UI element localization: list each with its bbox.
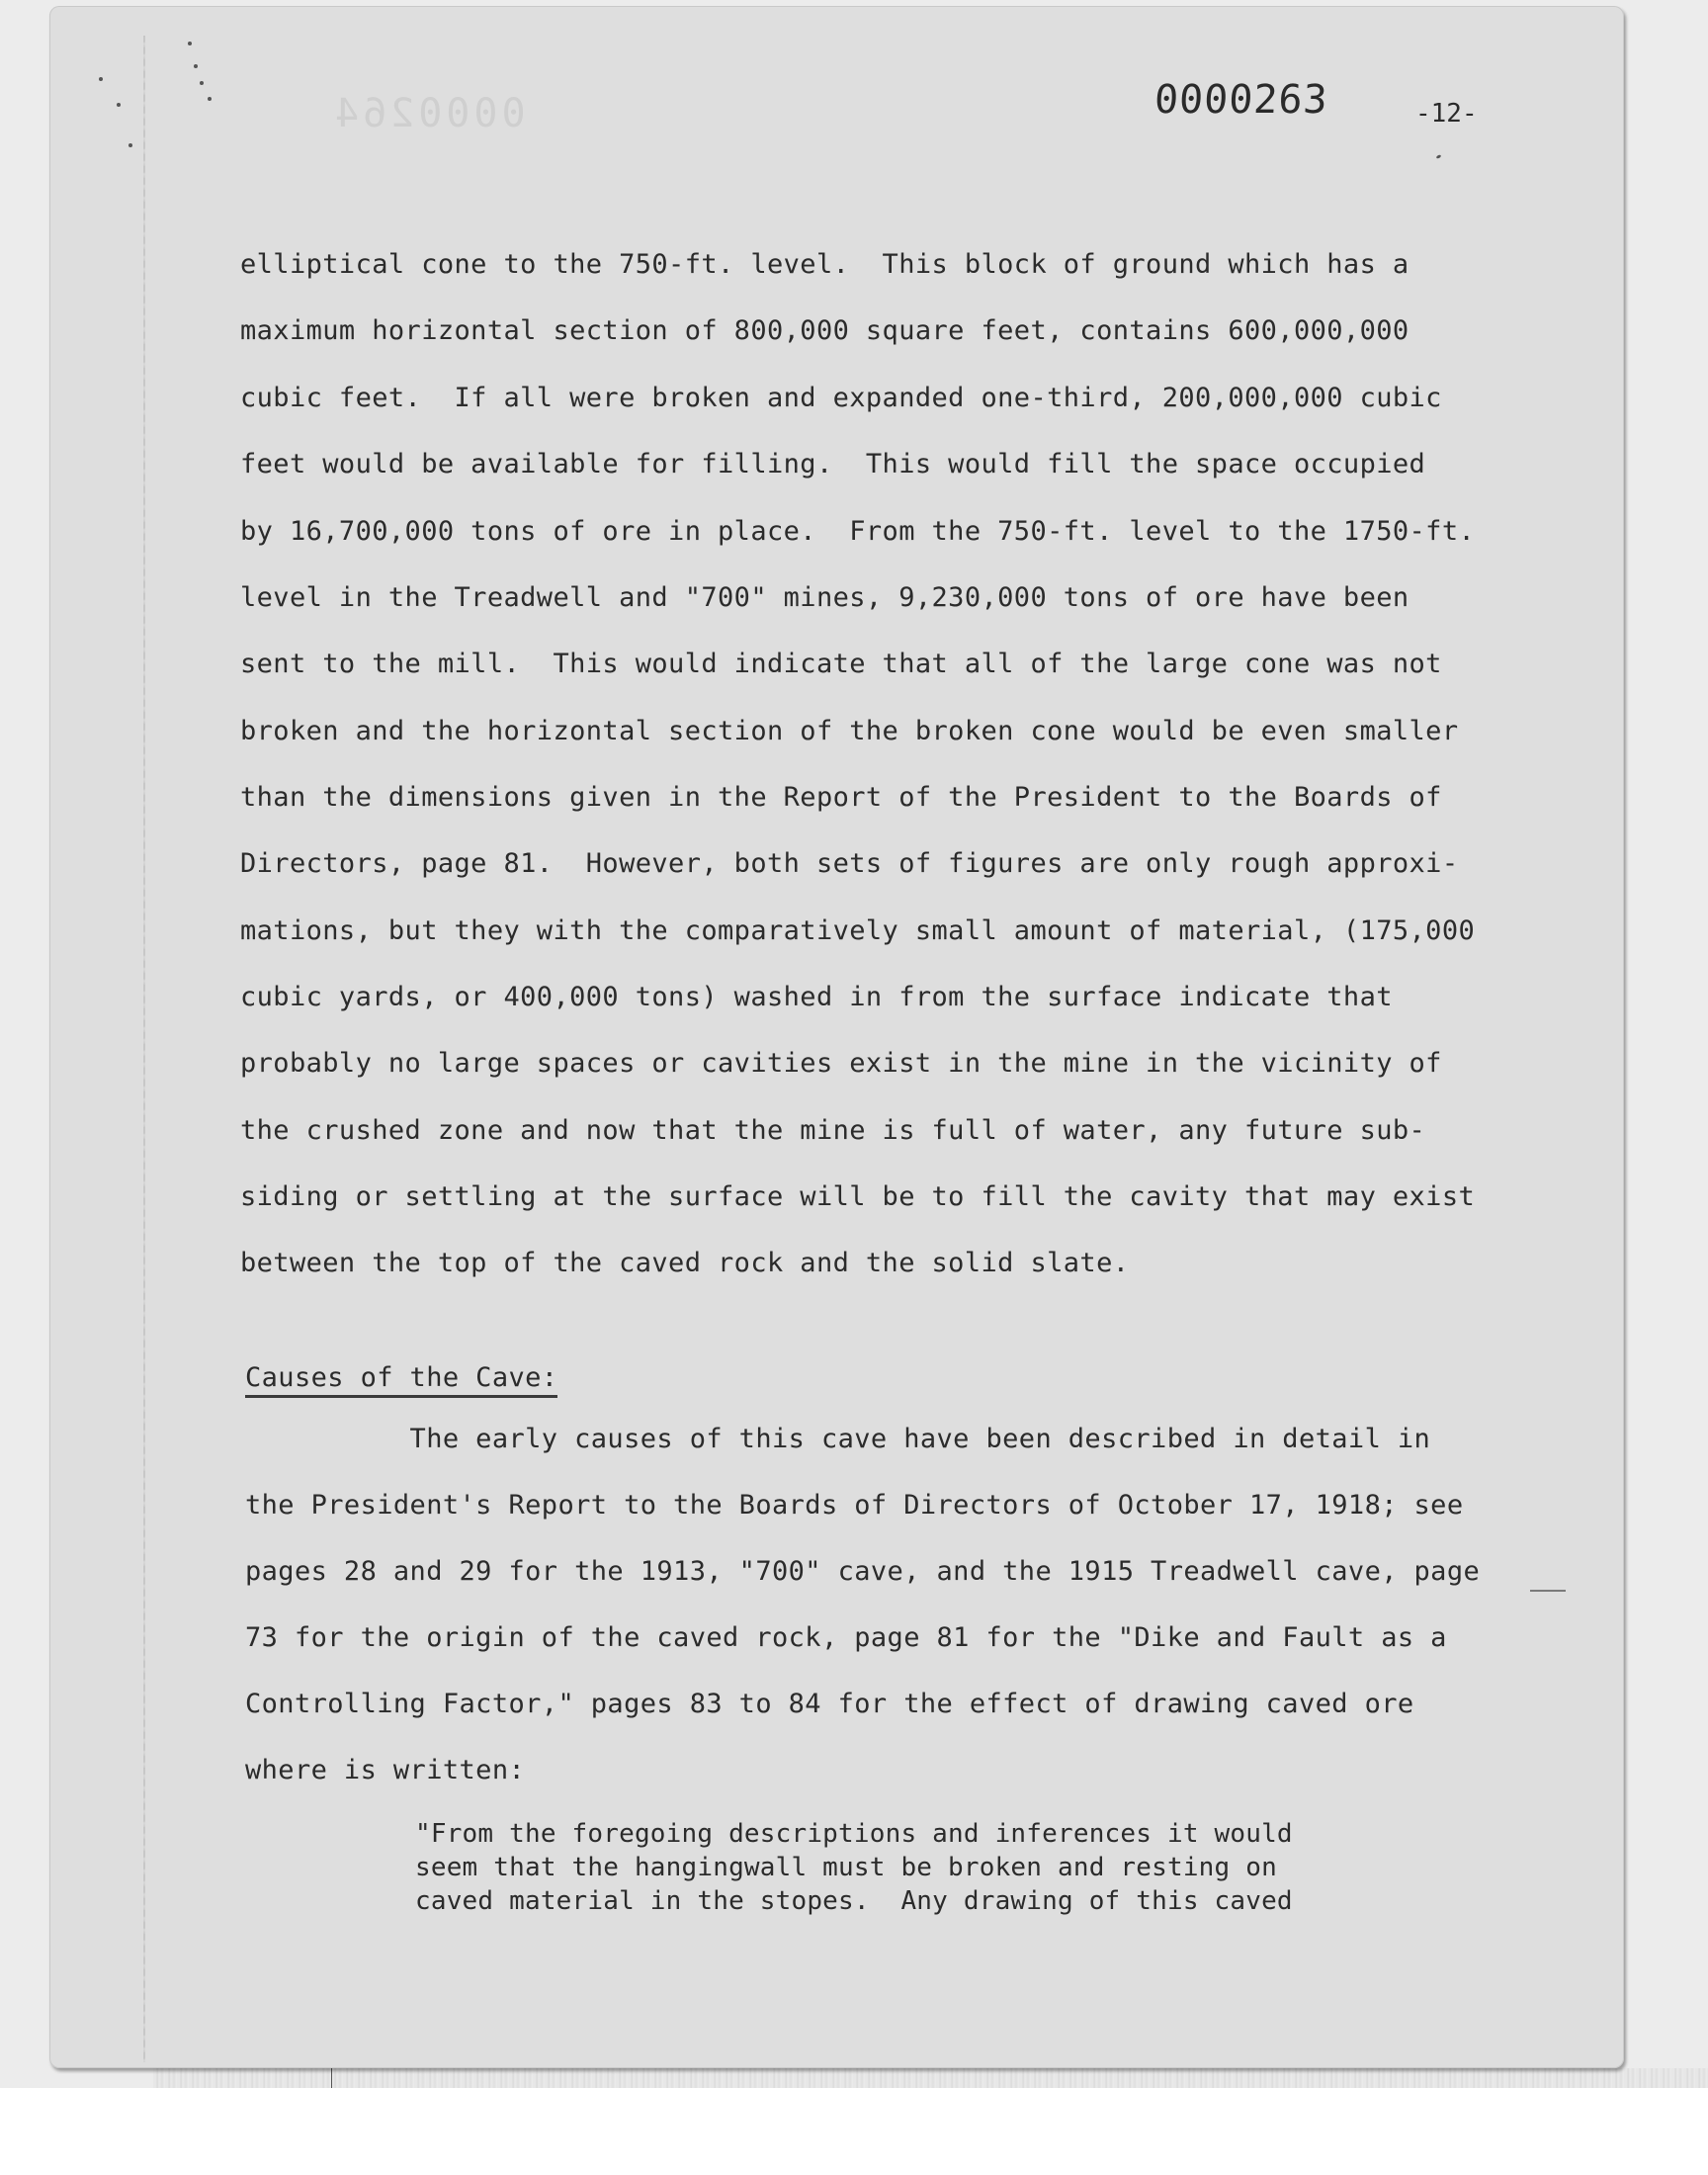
paper-speck xyxy=(194,64,198,68)
paper-speck xyxy=(117,103,121,107)
text-line: Controlling Factor," pages 83 to 84 for … xyxy=(245,1689,1414,1719)
document-number: 0000263 xyxy=(1153,77,1329,123)
paper-speck xyxy=(208,97,212,101)
margin-mark xyxy=(1530,1590,1566,1592)
text-line: than the dimensions given in the Report … xyxy=(240,782,1442,813)
text-line: between the top of the caved rock and th… xyxy=(240,1248,1129,1278)
quote-line: "From the foregoing descriptions and inf… xyxy=(415,1819,1293,1849)
scanner-streaks xyxy=(153,2068,1708,2088)
text-line: 73 for the origin of the caved rock, pag… xyxy=(245,1622,1447,1653)
page-number: -12- xyxy=(1415,99,1478,129)
text-line: the President's Report to the Boards of … xyxy=(245,1490,1464,1521)
text-line: maximum horizontal section of 800,000 sq… xyxy=(240,315,1409,346)
text-line: sent to the mill. This would indicate th… xyxy=(240,649,1442,679)
text-line: elliptical cone to the 750-ft. level. Th… xyxy=(240,249,1409,280)
text-line: the crushed zone and now that the mine i… xyxy=(240,1115,1425,1146)
paper-speck xyxy=(200,81,204,85)
quote-line: seem that the hangingwall must be broken… xyxy=(415,1853,1277,1882)
scanner-line xyxy=(331,2068,332,2088)
text-line: cubic feet. If all were broken and expan… xyxy=(240,383,1442,413)
section-heading: Causes of the Cave: xyxy=(245,1362,557,1398)
bleed-through-mark: 0000264 xyxy=(331,91,526,136)
paper-speck xyxy=(188,42,192,45)
text-line: cubic yards, or 400,000 tons) washed in … xyxy=(240,982,1393,1012)
text-line: siding or settling at the surface will b… xyxy=(240,1181,1475,1212)
paper-speck xyxy=(99,77,103,81)
paper-speck xyxy=(128,143,132,147)
page-fold-line xyxy=(143,36,145,2062)
text-line: broken and the horizontal section of the… xyxy=(240,716,1459,746)
text-line: mations, but they with the comparatively… xyxy=(240,915,1475,946)
quote-line: caved material in the stopes. Any drawin… xyxy=(415,1886,1293,1916)
text-line: where is written: xyxy=(245,1755,525,1785)
text-line: The early causes of this cave have been … xyxy=(245,1424,1430,1454)
text-line: probably no large spaces or cavities exi… xyxy=(240,1048,1442,1079)
text-line: by 16,700,000 tons of ore in place. From… xyxy=(240,516,1475,547)
text-line: level in the Treadwell and "700" mines, … xyxy=(240,582,1409,613)
text-line: pages 28 and 29 for the 1913, "700" cave… xyxy=(245,1556,1480,1587)
text-line: Directors, page 81. However, both sets o… xyxy=(240,848,1459,879)
text-line: feet would be available for filling. Thi… xyxy=(240,449,1425,479)
